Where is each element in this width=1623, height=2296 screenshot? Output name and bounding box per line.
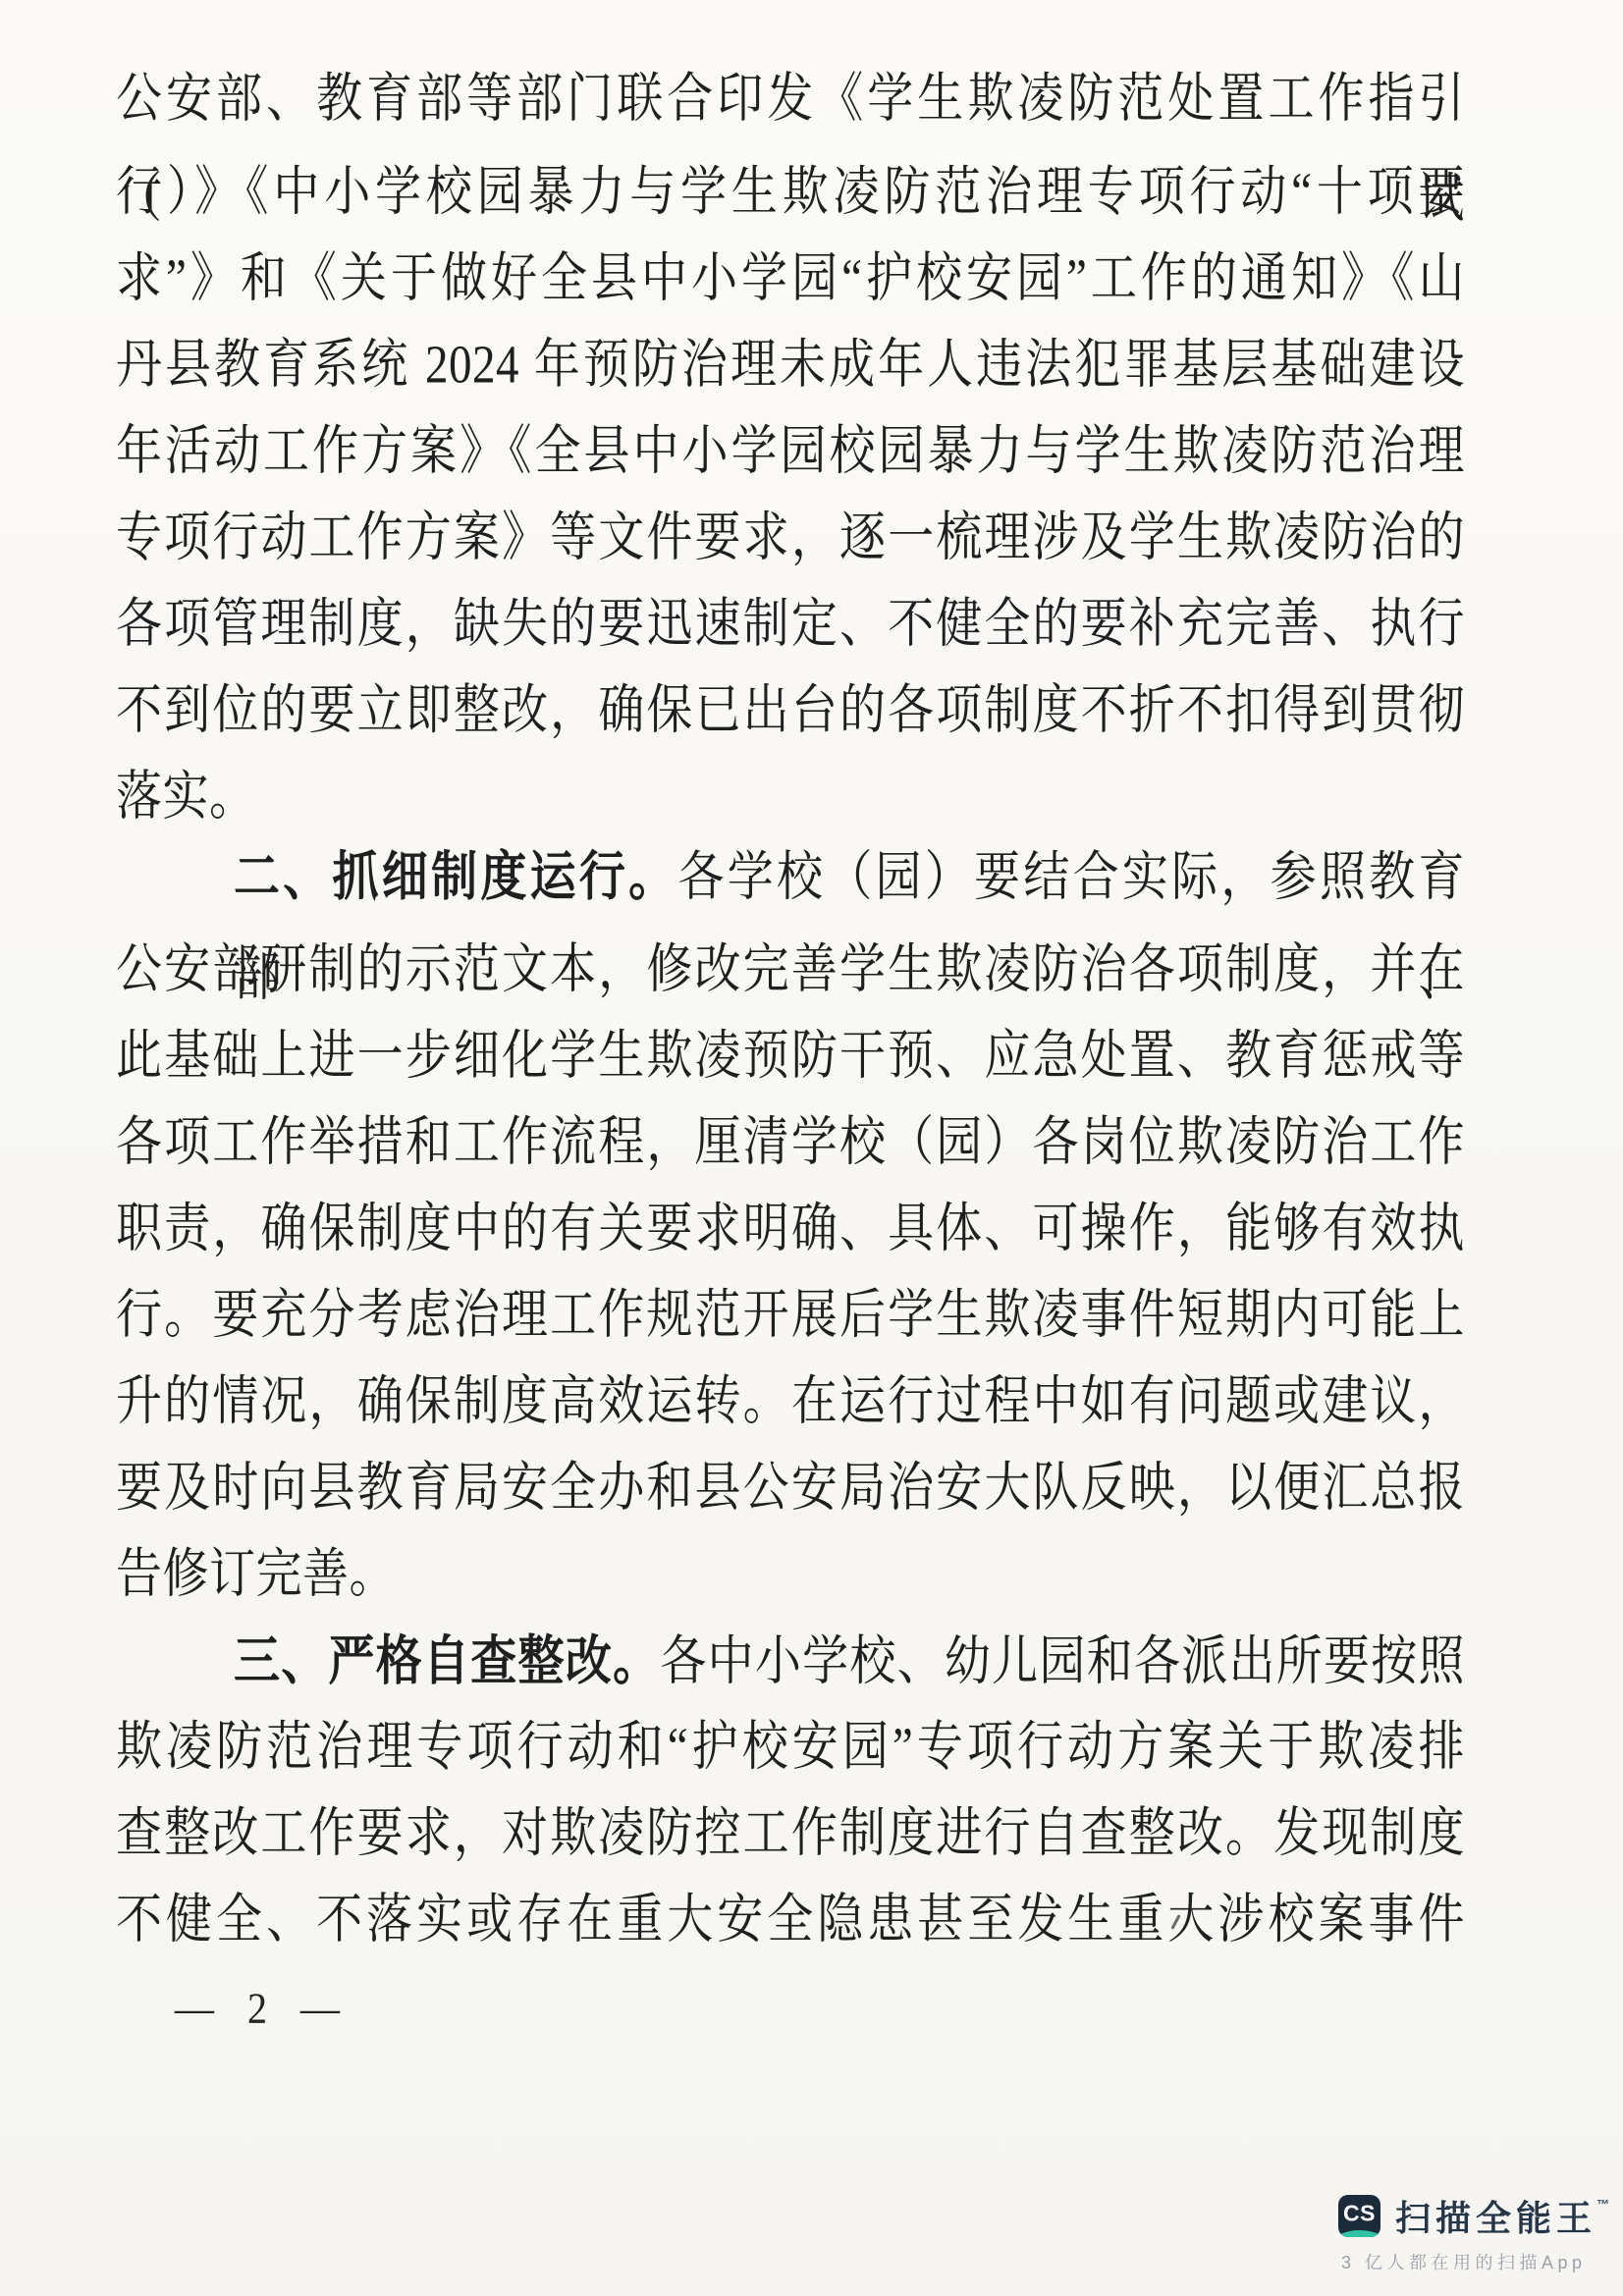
scanner-app-name-text: 扫描全能王 <box>1395 2198 1596 2238</box>
document-line: 查整改工作要求，对欺凌防控工作制度进行自查整改。发现制度 <box>116 1790 1465 1877</box>
document-line: 三、严格自查整改。各中小学校、幼儿园和各派出所要按照 <box>116 1618 1465 1704</box>
document-line: 各项工作举措和工作流程，厘清学校（园）各岗位欺凌防治工作 <box>116 1099 1465 1186</box>
document-line: 行。要充分考虑治理工作规范开展后学生欺凌事件短期内可能上 <box>116 1272 1465 1359</box>
document-line: 公安部、教育部等部门联合印发《学生欺凌防范处置工作指引（试 <box>116 63 1465 149</box>
scanner-watermark: CS 扫描全能王™ 3 亿人都在用的扫描App <box>1338 2191 1609 2274</box>
document-line: 二、抓细制度运行。各学校（园）要结合实际，参照教育部、 <box>116 840 1465 927</box>
scanner-logo-row: CS 扫描全能王™ <box>1338 2191 1609 2241</box>
page-number: — 2 — <box>175 1983 352 2034</box>
document-line: 升的情况，确保制度高效运转。在运行过程中如有问题或建议， <box>116 1359 1465 1445</box>
document-line: 年活动工作方案》《全县中小学园校园暴力与学生欺凌防范治理 <box>116 408 1465 495</box>
document-line: 求”》和《关于做好全县中小学园“护校安园”工作的通知》《山 <box>116 236 1465 322</box>
document-line: 公安部研制的示范文本，修改完善学生欺凌防治各项制度，并在 <box>116 927 1465 1013</box>
scanner-logo-letters: CS <box>1343 2201 1376 2227</box>
document-line: 职责，确保制度中的有关要求明确、具体、可操作，能够有效执 <box>116 1186 1465 1272</box>
scanner-app-name: 扫描全能王™ <box>1395 2191 1609 2241</box>
scanner-tagline: 3 亿人都在用的扫描App <box>1338 2249 1609 2274</box>
section-heading: 三、严格自查整改。 <box>234 1630 660 1690</box>
document-line: 行）》《中小学校园暴力与学生欺凌防范治理专项行动“十项要 <box>116 149 1465 236</box>
scanned-document-page: 公安部、教育部等部门联合印发《学生欺凌防范处置工作指引（试行）》《中小学校园暴力… <box>0 0 1623 2296</box>
document-line: 丹县教育系统 2024 年预防治理未成年人违法犯罪基层基础建设 <box>116 322 1465 408</box>
scanner-logo-icon: CS <box>1338 2195 1380 2237</box>
document-line: 告修订完善。 <box>116 1531 1465 1618</box>
document-line: 此基础上进一步细化学生欺凌预防干预、应急处置、教育惩戒等 <box>116 1013 1465 1099</box>
trademark-symbol: ™ <box>1596 2197 1609 2212</box>
document-line: 不健全、不落实或存在重大安全隐患甚至发生重大涉校案事件 <box>116 1877 1465 1963</box>
document-line: 专项行动工作方案》等文件要求，逐一梳理涉及学生欺凌防治的 <box>116 495 1465 581</box>
document-line: 欺凌防范治理专项行动和“护校安园”专项行动方案关于欺凌排 <box>116 1704 1465 1790</box>
document-line: 各项管理制度，缺失的要迅速制定、不健全的要补充完善、执行 <box>116 581 1465 667</box>
document-line: 不到位的要立即整改，确保已出台的各项制度不折不扣得到贯彻 <box>116 667 1465 754</box>
document-line: 要及时向县教育局安全办和县公安局治安大队反映，以便汇总报 <box>116 1445 1465 1531</box>
scanner-logo-green-arc <box>1338 2230 1380 2237</box>
document-text: 公安部、教育部等部门联合印发《学生欺凌防范处置工作指引（试行）》《中小学校园暴力… <box>116 63 1465 1963</box>
section-heading: 二、抓细制度运行。 <box>234 846 677 906</box>
